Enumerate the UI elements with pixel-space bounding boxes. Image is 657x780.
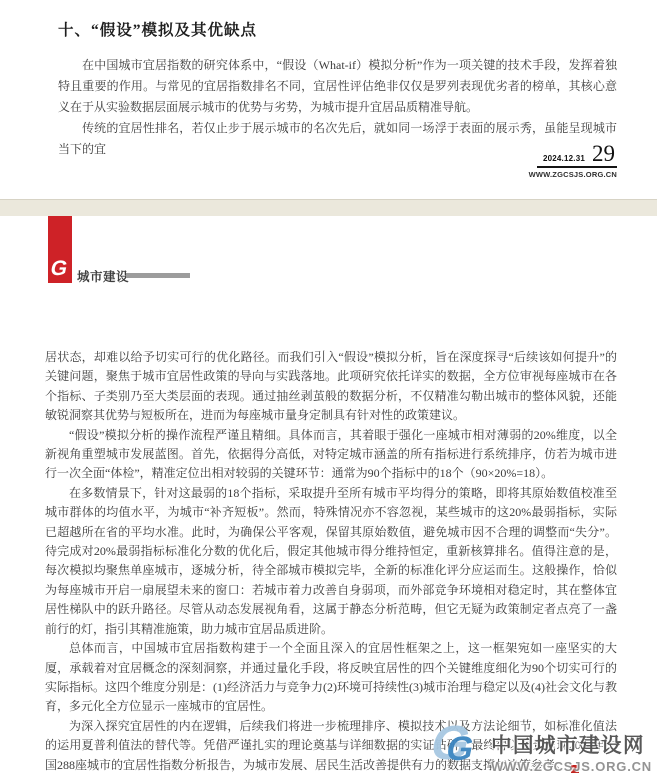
section-heading: 十、“假设”模拟及其优缺点 [58, 18, 617, 40]
page-top-section: 十、“假设”模拟及其优缺点 在中国城市宜居指数的研究体系中，“假设（What-i… [0, 0, 657, 199]
body-paragraph: 在中国城市宜居指数的研究体系中，“假设（What-if）模拟分析”作为一项关键的… [58, 55, 617, 118]
watermark-g-front-icon: G [443, 732, 477, 766]
logo-red-bar: G [48, 216, 72, 283]
page-footer: 2024.12.31 29 WWW.ZGCSJS.ORG.CN [529, 143, 617, 179]
body-paragraph: 居状态，却难以给予切实可行的优化路径。而我们引入“假设”模拟分析，旨在深度探寻“… [45, 348, 617, 426]
magazine-logo-g-icon: G [43, 257, 74, 281]
watermark-g-icon: G G [434, 727, 488, 775]
watermark-title: 中国城市建设网 [491, 728, 645, 758]
page-body-section: 居状态，却难以给予切实可行的优化路径。而我们引入“假设”模拟分析，旨在深度探寻“… [45, 348, 617, 775]
page-divider-band [0, 199, 657, 216]
watermark-text: 中国城市建设网 WWW.ZGCSJS.ORG.CN [491, 728, 652, 774]
body-paragraph: “假设”模拟分析的操作流程严谨且精细。具体而言，其着眼于强化一座城市相对薄弱的2… [45, 426, 617, 484]
footer-rule: 2024.12.31 29 [537, 143, 617, 168]
magazine-wordmark: 城市建设 [77, 267, 129, 285]
footer-site-url: WWW.ZGCSJS.ORG.CN [529, 170, 617, 179]
body-paragraph: 在多数情景下，针对这最弱的18个指标，采取提升至所有城市平均得分的策略，即将其原… [45, 484, 617, 639]
site-watermark: G G 中国城市建设网 WWW.ZGCSJS.ORG.CN [434, 727, 652, 775]
page-number: 29 [592, 143, 615, 165]
magazine-page: 十、“假设”模拟及其优缺点 在中国城市宜居指数的研究体系中，“假设（What-i… [0, 0, 657, 780]
issue-date: 2024.12.31 [543, 154, 585, 163]
masthead-gray-bar [126, 273, 190, 278]
body-paragraph: 总体而言，中国城市宜居指数构建于一个全面且深入的宜居性框架之上，这一框架宛如一座… [45, 639, 617, 717]
watermark-site-url: WWW.ZGCSJS.ORG.CN [491, 759, 652, 774]
